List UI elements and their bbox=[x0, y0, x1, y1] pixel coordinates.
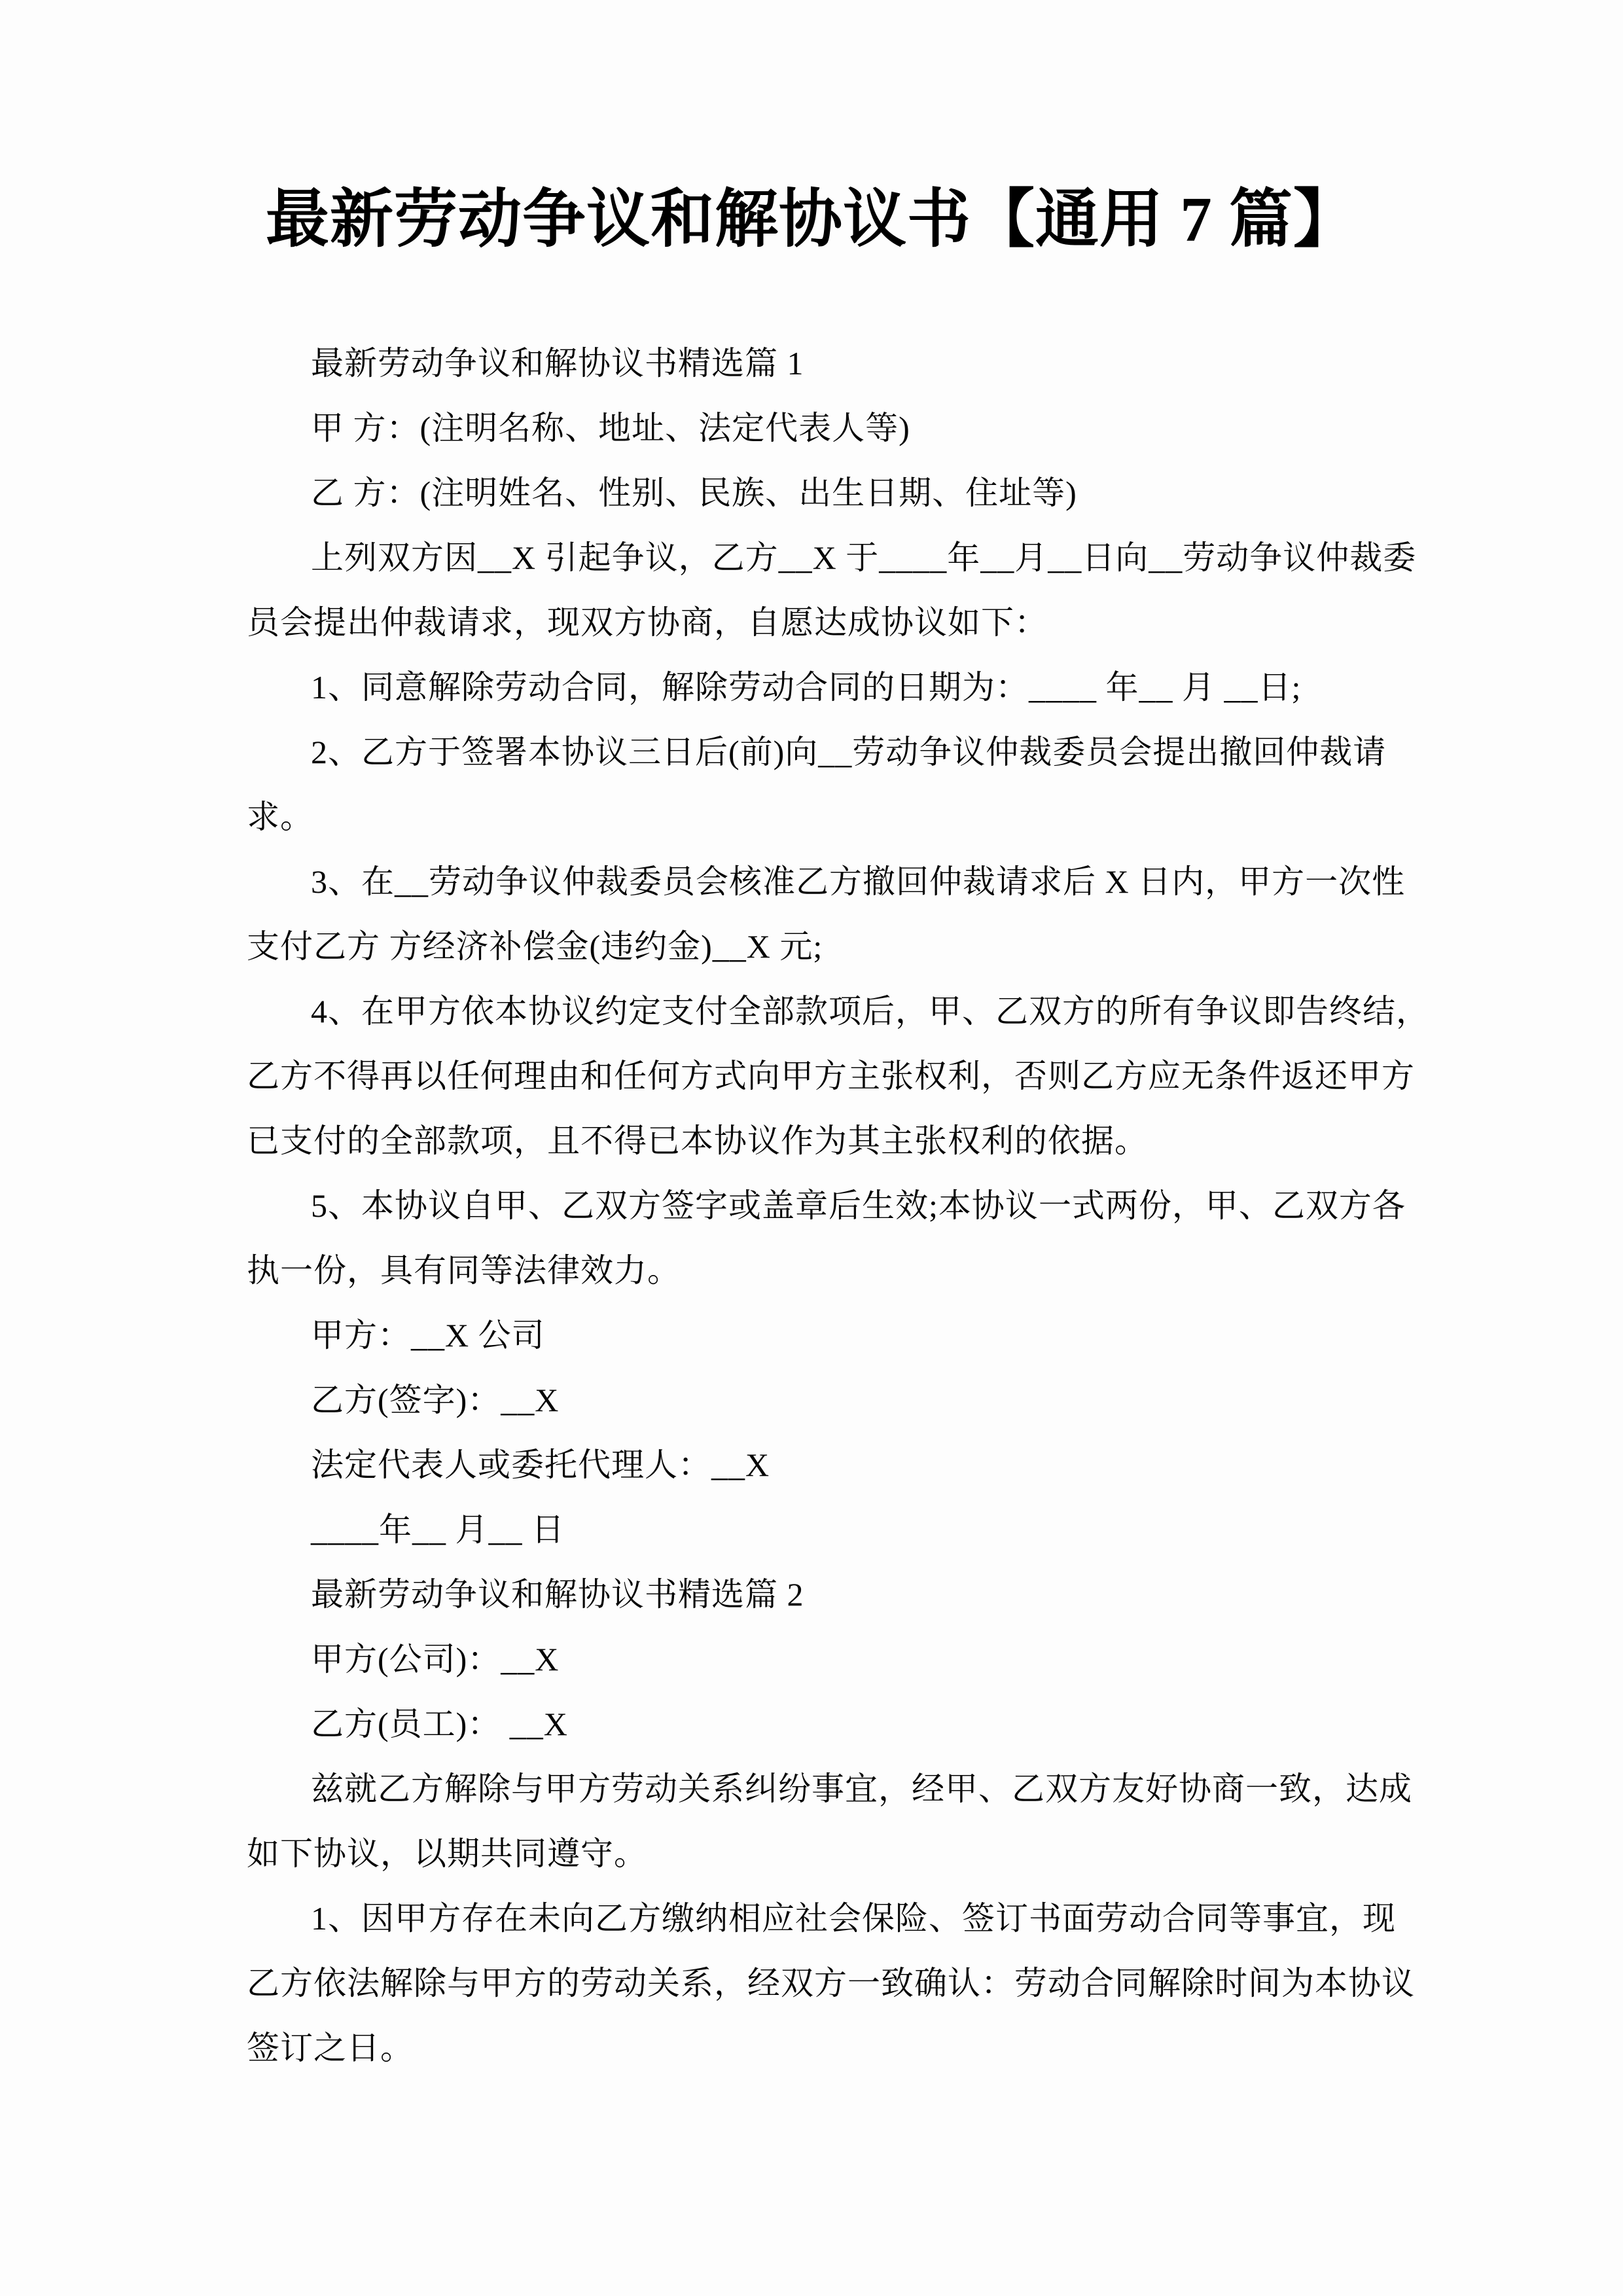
text-line: ____年__ 月__ 日 bbox=[247, 1498, 1383, 1562]
text-line: 已支付的全部款项，且不得已本协议作为其主张权利的依据。 bbox=[247, 1109, 1383, 1174]
text-line: 1、因甲方存在未向乙方缴纳相应社会保险、签订书面劳动合同等事宜，现 bbox=[247, 1886, 1383, 1951]
text-line: 执一份，具有同等法律效力。 bbox=[247, 1238, 1383, 1303]
text-line: 2、乙方于签署本协议三日后(前)向__劳动争议仲裁委员会提出撤回仲裁请 bbox=[247, 720, 1383, 785]
text-line: 乙方(员工)： __X bbox=[247, 1692, 1383, 1757]
text-line: 员会提出仲裁请求，现双方协商，自愿达成协议如下： bbox=[247, 590, 1383, 655]
text-line: 支付乙方 方经济补偿金(违约金)__X 元; bbox=[247, 914, 1383, 979]
text-line: 最新劳动争议和解协议书精选篇 2 bbox=[247, 1562, 1383, 1627]
text-line: 甲方(公司)：__X bbox=[247, 1627, 1383, 1692]
text-line: 法定代表人或委托代理人：__X bbox=[247, 1433, 1383, 1498]
text-line: 乙 方：(注明姓名、性别、民族、出生日期、住址等) bbox=[247, 461, 1383, 526]
text-line: 乙方不得再以任何理由和任何方式向甲方主张权利，否则乙方应无条件返还甲方 bbox=[247, 1044, 1383, 1109]
document-title: 最新劳动争议和解协议书【通用 7 篇】 bbox=[0, 168, 1623, 259]
text-line: 5、本协议自甲、乙双方签字或盖章后生效;本协议一式两份，甲、乙双方各 bbox=[247, 1174, 1383, 1238]
text-line: 1、同意解除劳动合同，解除劳动合同的日期为：____ 年__ 月 __日; bbox=[247, 655, 1383, 720]
text-line: 甲方：__X 公司 bbox=[247, 1303, 1383, 1368]
text-line: 兹就乙方解除与甲方劳动关系纠纷事宜，经甲、乙双方友好协商一致，达成 bbox=[247, 1757, 1383, 1821]
text-line: 最新劳动争议和解协议书精选篇 1 bbox=[247, 331, 1383, 396]
text-line: 乙方(签字)：__X bbox=[247, 1368, 1383, 1433]
text-line: 上列双方因__X 引起争议，乙方__X 于____年__月__日向__劳动争议仲… bbox=[247, 526, 1383, 590]
text-line: 4、在甲方依本协议约定支付全部款项后，甲、乙双方的所有争议即告终结， bbox=[247, 979, 1383, 1044]
text-line: 3、在__劳动争议仲裁委员会核准乙方撤回仲裁请求后 X 日内，甲方一次性 bbox=[247, 850, 1383, 914]
text-line: 如下协议，以期共同遵守。 bbox=[247, 1821, 1383, 1886]
document-page: 最新劳动争议和解协议书【通用 7 篇】 最新劳动争议和解协议书精选篇 1甲 方：… bbox=[0, 0, 1623, 2296]
text-line: 甲 方：(注明名称、地址、法定代表人等) bbox=[247, 396, 1383, 461]
text-line: 乙方依法解除与甲方的劳动关系，经双方一致确认：劳动合同解除时间为本协议 bbox=[247, 1951, 1383, 2016]
text-line: 求。 bbox=[247, 785, 1383, 850]
text-line: 签订之日。 bbox=[247, 2016, 1383, 2081]
document-body: 最新劳动争议和解协议书精选篇 1甲 方：(注明名称、地址、法定代表人等)乙 方：… bbox=[247, 331, 1383, 2081]
